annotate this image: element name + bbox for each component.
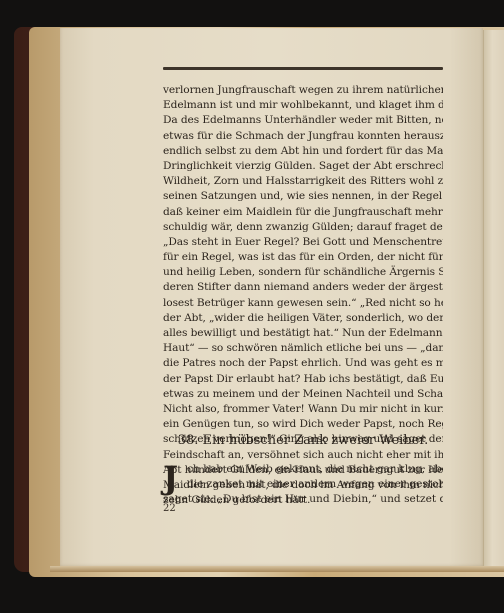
text-line: saget sie: „Du bist ein Hur und Diebin,“… <box>163 492 443 507</box>
section-paragraph: J ch hab ein Weib gekennt, die nicht gar… <box>163 462 443 508</box>
drop-cap: J <box>163 462 183 494</box>
text-line: schuldig wär, denn zwanzig Gülden; darau… <box>163 220 443 235</box>
text-line: „Das steht in Euer Regel? Bei Gott und M… <box>163 235 443 250</box>
text-line: für ein Regel, was ist das für ein Orden… <box>163 250 443 265</box>
next-page-edge <box>483 30 504 566</box>
text-line: ein Genügen tun, so wird Dich weder Paps… <box>163 417 443 432</box>
text-line: Haut“ — so schwören nämlich etliche bei … <box>163 341 443 356</box>
text-line: Nicht also, frommer Vater! Wann Du mir n… <box>163 402 443 417</box>
text-line: Edelmann ist und mir wohlbekannt, und kl… <box>163 98 443 113</box>
text-line: die Patres noch der Papst ehrlich. Und w… <box>163 356 443 371</box>
text-line: und heilig Leben, sondern für schändlich… <box>163 265 443 280</box>
text-line: deren Stifter dann niemand anders weder … <box>163 280 443 295</box>
text-line: alles bewilligt und bestätigt hat.“ Nun … <box>163 326 443 341</box>
page-bottom-edge <box>50 566 504 572</box>
text-line: endlich selbst zu dem Abt hin und forder… <box>163 144 443 159</box>
text-line: die zanket mit einer andern wegen einer … <box>163 477 443 492</box>
text-line: Dringlichkeit vierzig Gülden. Saget der … <box>163 159 443 174</box>
text-line: der Abt, „wider die heiligen Väter, sond… <box>163 311 443 326</box>
page-number: 22 <box>163 503 176 514</box>
text-line: seinen Satzungen und, wie sies nennen, i… <box>163 189 443 204</box>
text-line: etwas zu meinem und der Meinen Nachteil … <box>163 387 443 402</box>
header-rule <box>163 67 443 70</box>
text-line: etwas für die Schmach der Jungfrau konnt… <box>163 129 443 144</box>
text-line: ch hab ein Weib gekennt, die nicht gar k… <box>163 462 443 477</box>
text-line: losest Betrüger kann gewesen sein.“ „Red… <box>163 296 443 311</box>
text-line: der Papst Dir erlaubt hat? Hab ichs best… <box>163 372 443 387</box>
text-line: verlornen Jungfrauschaft wegen zu ihrem … <box>163 83 443 98</box>
text-line: Wildheit, Zorn und Halsstarrigkeit des R… <box>163 174 443 189</box>
text-line: daß keiner eim Maidlein für die Jungfrau… <box>163 205 443 220</box>
text-line: Da des Edelmanns Unterhändler weder mit … <box>163 113 443 128</box>
section-heading: 38. Ein hübscher Zank zweier Weiber. <box>163 433 443 448</box>
text-line: Feindschaft an, versöhnet sich auch nich… <box>163 448 443 463</box>
